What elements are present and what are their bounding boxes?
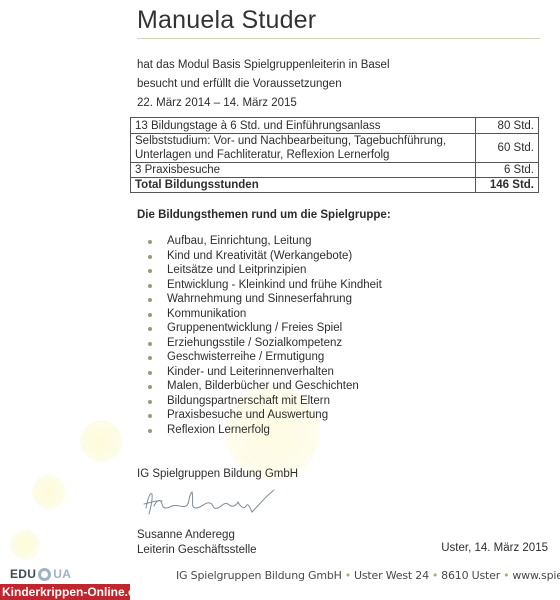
signer-block: Susanne Anderegg Leiterin Geschäftsstell… xyxy=(137,528,257,558)
topic-label: Malen, Bilderbücher und Geschichten xyxy=(167,380,359,392)
list-item: Wahrnehmung und Sinneserfahrung xyxy=(146,292,382,307)
total-label: Total Bildungsstunden xyxy=(131,178,476,193)
watermark-banner: Kinderkrippen-Online.ch xyxy=(0,584,130,600)
footer-website[interactable]: www.spielgruppe.ch xyxy=(512,569,560,582)
topics-heading: Die Bildungsthemen rund um die Spielgrup… xyxy=(137,209,391,221)
decorative-dot xyxy=(32,475,66,509)
logo-q-ring-icon xyxy=(38,568,51,581)
total-value: 146 Std. xyxy=(476,178,539,193)
bullet-icon xyxy=(148,255,152,259)
table-row: 3 Praxisbesuche 6 Std. xyxy=(131,163,539,178)
eduqua-logo: EDU UA xyxy=(10,567,71,581)
intro-line: hat das Modul Basis Spielgruppenleiterin… xyxy=(137,59,390,71)
logo-text-right: UA xyxy=(53,567,71,581)
list-item: Kind und Kreativität (Werkangebote) xyxy=(146,249,382,264)
bullet-icon xyxy=(148,429,152,433)
list-item: Geschwisterreihe / Ermutigung xyxy=(146,350,382,365)
topics-list: Aufbau, Einrichtung, LeitungKind und Kre… xyxy=(146,234,382,437)
bullet-icon xyxy=(148,298,152,302)
signature-image xyxy=(140,486,290,518)
row-label: 3 Praxisbesuche xyxy=(131,163,476,178)
row-value: 60 Std. xyxy=(476,134,539,163)
footer-address: IG Spielgruppen Bildung GmbH•Uster West … xyxy=(176,569,560,582)
row-value: 6 Std. xyxy=(476,163,539,178)
row-label-line: Selbststudium: Vor- und Nachbearbeitung,… xyxy=(135,134,471,148)
bullet-icon xyxy=(148,371,152,375)
list-item: Kommunikation xyxy=(146,307,382,322)
separator-dot-icon: • xyxy=(342,569,354,582)
list-item: Leitsätze und Leitprinzipien xyxy=(146,263,382,278)
row-value: 80 Std. xyxy=(476,118,539,134)
list-item: Aufbau, Einrichtung, Leitung xyxy=(146,234,382,249)
hours-table: 13 Bildungstage à 6 Std. und Einführungs… xyxy=(130,117,539,193)
logo-text-left: EDU xyxy=(10,567,36,581)
topic-label: Kommunikation xyxy=(167,308,246,320)
bullet-icon xyxy=(148,240,152,244)
organization-name: IG Spielgruppen Bildung GmbH xyxy=(137,468,298,480)
list-item: Gruppenentwicklung / Freies Spiel xyxy=(146,321,382,336)
signer-role: Leiterin Geschäftsstelle xyxy=(137,543,257,558)
decorative-dot xyxy=(80,420,122,462)
topic-label: Praxisbesuche und Auswertung xyxy=(167,409,328,421)
bullet-icon xyxy=(148,313,152,317)
topic-label: Geschwisterreihe / Ermutigung xyxy=(167,351,324,363)
topic-label: Erziehungsstile / Sozialkompetenz xyxy=(167,337,342,349)
footer-street: Uster West 24 xyxy=(354,569,429,582)
topic-label: Kinder- und Leiterinnenverhalten xyxy=(167,366,334,378)
topic-label: Leitsätze und Leitprinzipien xyxy=(167,264,306,276)
list-item: Praxisbesuche und Auswertung xyxy=(146,408,382,423)
list-item: Entwicklung - Kleinkind und frühe Kindhe… xyxy=(146,278,382,293)
bullet-icon xyxy=(148,342,152,346)
signer-name: Susanne Anderegg xyxy=(137,528,257,543)
bullet-icon xyxy=(148,385,152,389)
recipient-name: Manuela Studer xyxy=(137,6,316,35)
bullet-icon xyxy=(148,284,152,288)
topic-label: Reflexion Lernerfolg xyxy=(167,424,270,436)
intro-line: besucht und erfüllt die Voraussetzungen xyxy=(137,78,342,90)
row-label-line: Unterlagen und Fachliteratur, Reflexion … xyxy=(135,148,471,162)
footer-city: 8610 Uster xyxy=(441,569,500,582)
bullet-icon xyxy=(148,269,152,273)
table-row: 13 Bildungstage à 6 Std. und Einführungs… xyxy=(131,118,539,134)
table-row: Selbststudium: Vor- und Nachbearbeitung,… xyxy=(131,134,539,163)
decorative-dot xyxy=(10,530,40,560)
course-dates: 22. März 2014 – 14. März 2015 xyxy=(137,97,297,109)
topic-label: Entwicklung - Kleinkind und frühe Kindhe… xyxy=(167,279,382,291)
list-item: Reflexion Lernerfolg xyxy=(146,423,382,438)
topic-label: Kind und Kreativität (Werkangebote) xyxy=(167,250,352,262)
footer-company: IG Spielgruppen Bildung GmbH xyxy=(176,569,342,582)
list-item: Erziehungsstile / Sozialkompetenz xyxy=(146,336,382,351)
topic-label: Wahrnehmung und Sinneserfahrung xyxy=(167,293,352,305)
bullet-icon xyxy=(148,356,152,360)
separator-dot-icon: • xyxy=(429,569,441,582)
list-item: Malen, Bilderbücher und Geschichten xyxy=(146,379,382,394)
place-date: Uster, 14. März 2015 xyxy=(441,542,548,554)
bullet-icon xyxy=(148,327,152,331)
bullet-icon xyxy=(148,414,152,418)
list-item: Bildungspartnerschaft mit Eltern xyxy=(146,394,382,409)
separator-dot-icon: • xyxy=(500,569,512,582)
row-label: Selbststudium: Vor- und Nachbearbeitung,… xyxy=(131,134,476,163)
topic-label: Gruppenentwicklung / Freies Spiel xyxy=(167,322,342,334)
bullet-icon xyxy=(148,400,152,404)
table-total-row: Total Bildungsstunden 146 Std. xyxy=(131,178,539,193)
topic-label: Aufbau, Einrichtung, Leitung xyxy=(167,235,312,247)
row-label: 13 Bildungstage à 6 Std. und Einführungs… xyxy=(131,118,476,134)
name-divider xyxy=(137,38,540,39)
topic-label: Bildungspartnerschaft mit Eltern xyxy=(167,395,330,407)
list-item: Kinder- und Leiterinnenverhalten xyxy=(146,365,382,380)
